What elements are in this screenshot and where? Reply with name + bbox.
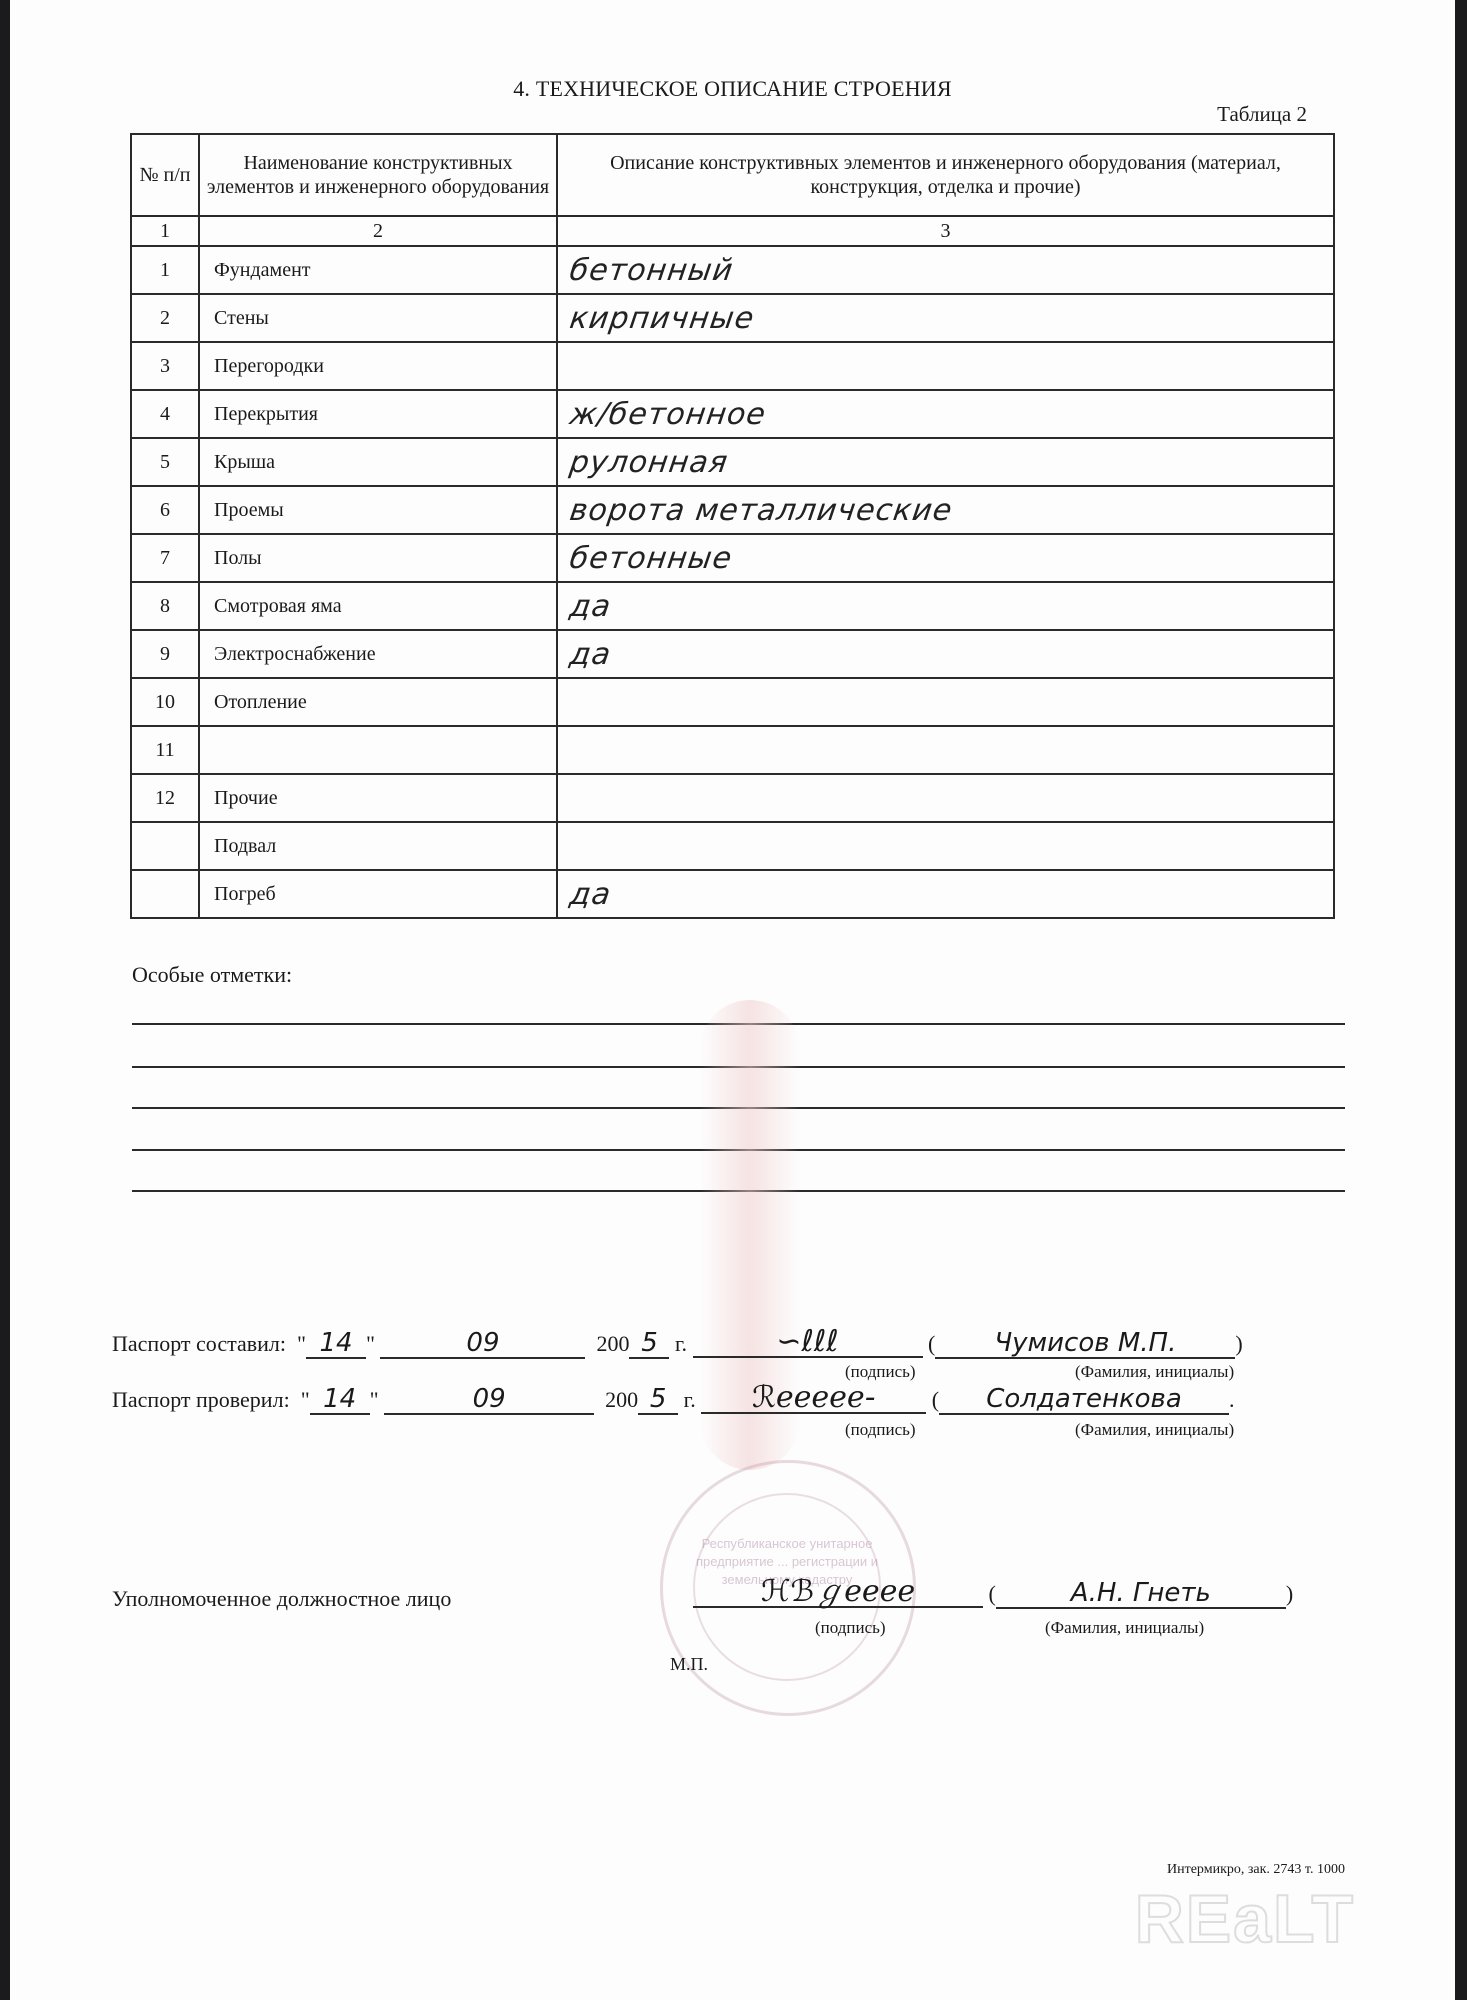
element-description: да bbox=[557, 870, 1334, 918]
element-name: Стены bbox=[199, 294, 557, 342]
column-number: 3 bbox=[557, 216, 1334, 246]
element-description: рулонная bbox=[557, 438, 1334, 486]
handwritten-value: кирпичные bbox=[556, 301, 757, 336]
section-title: 4. ТЕХНИЧЕСКОЕ ОПИСАНИЕ СТРОЕНИЯ bbox=[10, 76, 1455, 102]
handwritten-value: ворота металлические bbox=[556, 493, 955, 528]
compiled-name: Чумисов М.П. bbox=[935, 1329, 1235, 1359]
row-number bbox=[131, 822, 199, 870]
table-row: 3Перегородки bbox=[131, 342, 1334, 390]
row-number: 3 bbox=[131, 342, 199, 390]
element-description: ворота металлические bbox=[557, 486, 1334, 534]
header-description: Описание конструктивных элементов и инже… bbox=[557, 134, 1334, 216]
element-name: Крыша bbox=[199, 438, 557, 486]
authorized-row: ℋℬℊℯℯℯℯ (А.Н. Гнеть) bbox=[693, 1578, 1293, 1609]
authorized-name-caption: (Фамилия, инициалы) bbox=[1045, 1618, 1204, 1638]
authorized-signature-caption: (подпись) bbox=[815, 1618, 886, 1638]
row-number: 8 bbox=[131, 582, 199, 630]
table-row: Погребда bbox=[131, 870, 1334, 918]
element-name: Полы bbox=[199, 534, 557, 582]
element-name: Перекрытия bbox=[199, 390, 557, 438]
table-row: 5Крышарулонная bbox=[131, 438, 1334, 486]
element-name: Прочие bbox=[199, 774, 557, 822]
seal-label: М.П. bbox=[670, 1654, 708, 1675]
element-description: бетонный bbox=[557, 246, 1334, 294]
compiled-label: Паспорт составил: bbox=[112, 1331, 286, 1356]
table-header-row: № п/п Наименование конструктивных элемен… bbox=[131, 134, 1334, 216]
compiled-year-prefix: 200 bbox=[596, 1331, 629, 1356]
table-row: 10Отопление bbox=[131, 678, 1334, 726]
table-row: 11 bbox=[131, 726, 1334, 774]
checked-year-prefix: 200 bbox=[605, 1387, 638, 1412]
column-number-row: 1 2 3 bbox=[131, 216, 1334, 246]
authorized-name: А.Н. Гнеть bbox=[996, 1579, 1286, 1609]
element-name: Фундамент bbox=[199, 246, 557, 294]
table-row: 7Полыбетонные bbox=[131, 534, 1334, 582]
handwritten-value: да bbox=[556, 589, 614, 624]
table-row: 2Стеныкирпичные bbox=[131, 294, 1334, 342]
element-name: Электроснабжение bbox=[199, 630, 557, 678]
column-number: 2 bbox=[199, 216, 557, 246]
compiled-signature: ∽ℓℓℓ bbox=[693, 1328, 923, 1358]
element-description bbox=[557, 726, 1334, 774]
element-name bbox=[199, 726, 557, 774]
checked-signature-caption: (подпись) bbox=[845, 1420, 916, 1440]
printer-footer: Интермикро, зак. 2743 т. 1000 bbox=[1167, 1862, 1345, 1878]
element-name: Подвал bbox=[199, 822, 557, 870]
checked-day: 14 bbox=[310, 1385, 370, 1415]
element-name: Погреб bbox=[199, 870, 557, 918]
table-label: Таблица 2 bbox=[1217, 102, 1307, 127]
handwritten-value: ж/бетонное bbox=[556, 397, 769, 432]
element-description bbox=[557, 822, 1334, 870]
technical-description-table: № п/п Наименование конструктивных элемен… bbox=[130, 133, 1335, 919]
table-row: 4Перекрытияж/бетонное bbox=[131, 390, 1334, 438]
table-row: Подвал bbox=[131, 822, 1334, 870]
row-number: 11 bbox=[131, 726, 199, 774]
compiled-year-suffix: 5 bbox=[629, 1329, 669, 1359]
handwritten-value: бетонные bbox=[556, 541, 735, 576]
element-description bbox=[557, 774, 1334, 822]
handwritten-value: да bbox=[556, 877, 614, 912]
element-name: Перегородки bbox=[199, 342, 557, 390]
row-number: 1 bbox=[131, 246, 199, 294]
row-number: 6 bbox=[131, 486, 199, 534]
compiled-day: 14 bbox=[306, 1329, 366, 1359]
header-num: № п/п bbox=[131, 134, 199, 216]
table-row: 1Фундаментбетонный bbox=[131, 246, 1334, 294]
row-number: 7 bbox=[131, 534, 199, 582]
element-description: да bbox=[557, 582, 1334, 630]
special-notes-label: Особые отметки: bbox=[132, 962, 292, 988]
table-row: 12Прочие bbox=[131, 774, 1334, 822]
checked-month: 09 bbox=[384, 1385, 594, 1415]
table-row: 6Проемыворота металлические bbox=[131, 486, 1334, 534]
compiled-name-caption: (Фамилия, инициалы) bbox=[1075, 1362, 1234, 1382]
checked-year-unit: г. bbox=[684, 1387, 696, 1412]
compiled-row: Паспорт составил: "14" 09 2005 г. ∽ℓℓℓ (… bbox=[112, 1328, 1243, 1359]
row-number: 4 bbox=[131, 390, 199, 438]
element-name: Отопление bbox=[199, 678, 557, 726]
authorized-label: Уполномоченное должностное лицо bbox=[112, 1586, 451, 1612]
authorized-signature: ℋℬℊℯℯℯℯ bbox=[693, 1578, 983, 1608]
row-number: 5 bbox=[131, 438, 199, 486]
compiled-year-unit: г. bbox=[675, 1331, 687, 1356]
handwritten-value: рулонная bbox=[556, 445, 731, 480]
checked-name: Солдатенкова bbox=[939, 1385, 1229, 1415]
checked-label: Паспорт проверил: bbox=[112, 1387, 290, 1412]
element-description: кирпичные bbox=[557, 294, 1334, 342]
row-number bbox=[131, 870, 199, 918]
element-description: да bbox=[557, 630, 1334, 678]
document-page: 4. ТЕХНИЧЕСКОЕ ОПИСАНИЕ СТРОЕНИЯ Таблица… bbox=[10, 0, 1455, 2000]
checked-year-suffix: 5 bbox=[638, 1385, 678, 1415]
element-description bbox=[557, 342, 1334, 390]
element-description bbox=[557, 678, 1334, 726]
column-number: 1 bbox=[131, 216, 199, 246]
row-number: 9 bbox=[131, 630, 199, 678]
checked-row: Паспорт проверил: "14" 09 2005 г. ℛℯℯℯℯℯ… bbox=[112, 1384, 1235, 1415]
handwritten-value: бетонный bbox=[556, 253, 736, 288]
compiled-signature-caption: (подпись) bbox=[845, 1362, 916, 1382]
element-name: Проемы bbox=[199, 486, 557, 534]
table-row: 9Электроснабжениеда bbox=[131, 630, 1334, 678]
table-row: 8Смотровая ямада bbox=[131, 582, 1334, 630]
handwritten-value: да bbox=[556, 637, 614, 672]
checked-name-caption: (Фамилия, инициалы) bbox=[1075, 1420, 1234, 1440]
checked-signature: ℛℯℯℯℯℯ- bbox=[701, 1384, 926, 1414]
row-number: 10 bbox=[131, 678, 199, 726]
compiled-month: 09 bbox=[380, 1329, 585, 1359]
realt-watermark: REaLT bbox=[1135, 1880, 1355, 1958]
row-number: 12 bbox=[131, 774, 199, 822]
element-description: ж/бетонное bbox=[557, 390, 1334, 438]
element-name: Смотровая яма bbox=[199, 582, 557, 630]
row-number: 2 bbox=[131, 294, 199, 342]
header-name: Наименование конструктивных элементов и … bbox=[199, 134, 557, 216]
element-description: бетонные bbox=[557, 534, 1334, 582]
